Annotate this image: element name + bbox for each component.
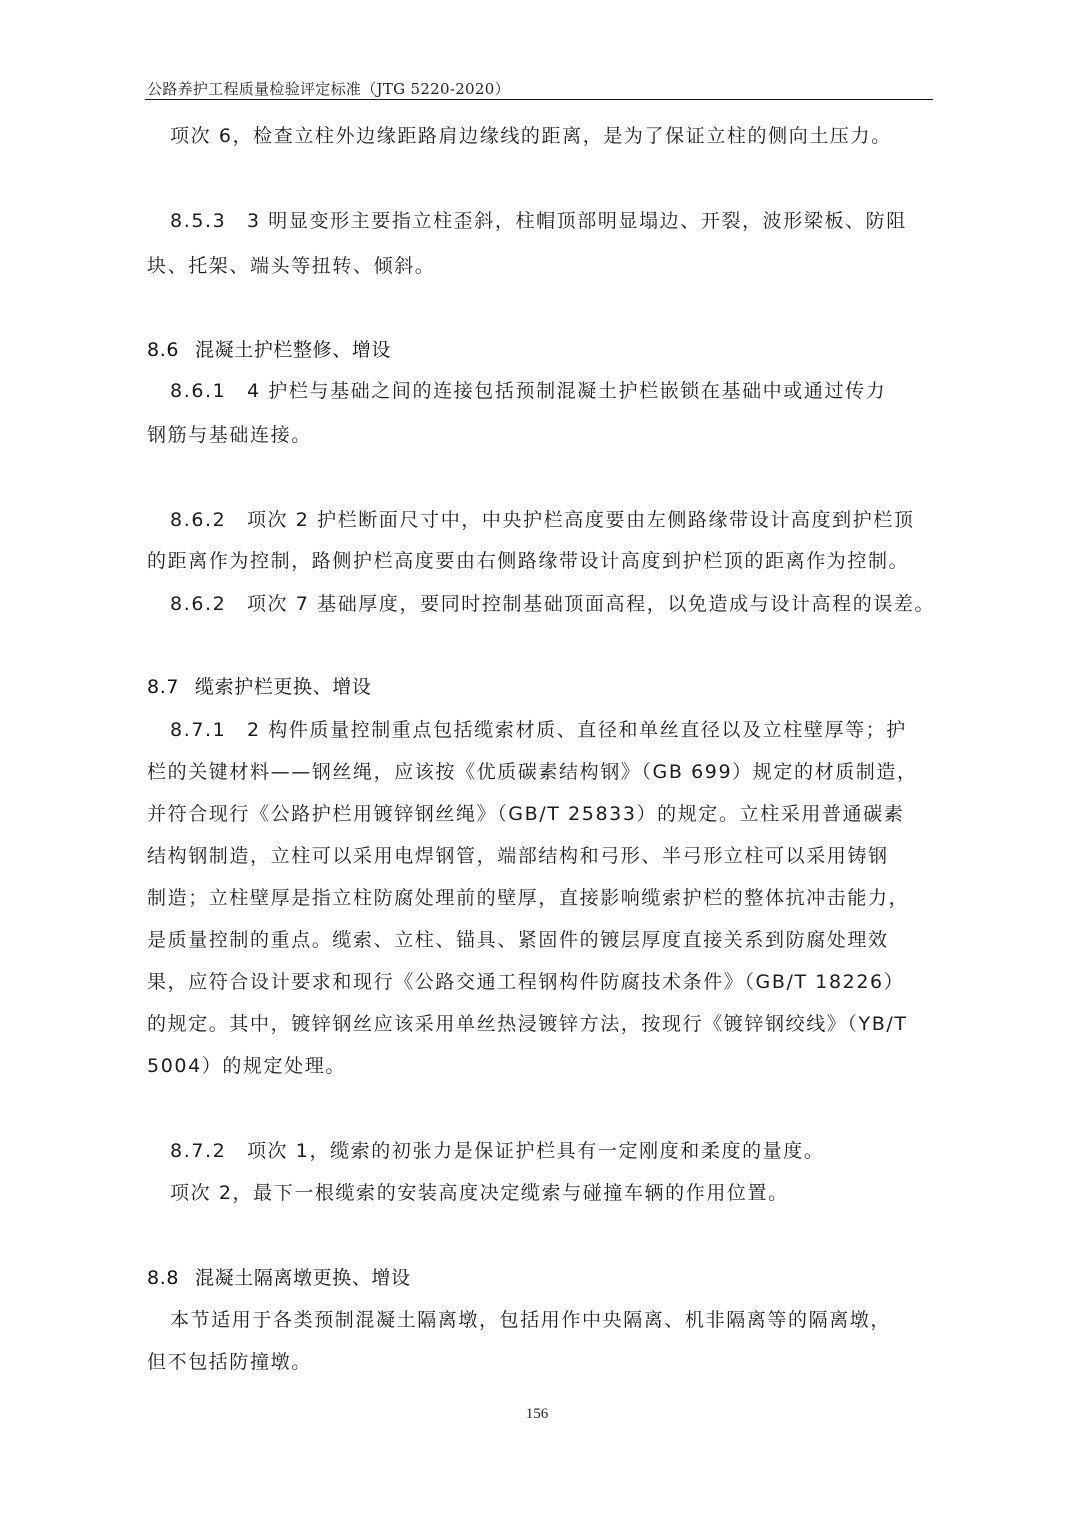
- section-number: 8.6: [147, 339, 179, 361]
- paragraph-line: 但不包括防撞墩。: [147, 1350, 312, 1374]
- paragraph-line: 项次 2，最下一根缆索的安装高度决定缆索与碰撞车辆的作用位置。: [170, 1181, 789, 1205]
- page-number: 156: [0, 1406, 1074, 1423]
- paragraph-line: 8.6.2 项次 7 基础厚度，要同时控制基础顶面高程，以免造成与设计高程的误差…: [170, 592, 935, 616]
- paragraph-line: 果，应符合设计要求和现行《公路交通工程钢构件防腐技术条件》（GB/T 18226…: [147, 970, 904, 994]
- paragraph-line: 栏的关键材料——钢丝绳，应该按《优质碳素结构钢》（GB 699）规定的材质制造，: [147, 760, 918, 784]
- section-title: 混凝土隔离墩更换、增设: [195, 1267, 411, 1289]
- section-heading-8-8: 8.8混凝土隔离墩更换、增设: [147, 1266, 411, 1290]
- paragraph-line: 制造；立柱壁厚是指立柱防腐处理前的壁厚，直接影响缆索护栏的整体抗冲击能力，: [147, 886, 909, 910]
- section-heading-8-7: 8.7缆索护栏更换、增设: [147, 675, 371, 699]
- paragraph-line: 的距离作为控制，路侧护栏高度要由右侧路缘带设计高度到护栏顶的距离作为控制。: [147, 549, 909, 573]
- paragraph-line: 的规定。其中，镀锌钢丝应该采用单丝热浸镀锌方法，按现行《镀锌钢绞线》（YB/T: [147, 1012, 908, 1036]
- header-rule: [145, 99, 933, 100]
- paragraph-line: 本节适用于各类预制混凝土隔离墩，包括用作中央隔离、机非隔离等的隔离墩，: [170, 1308, 891, 1332]
- paragraph-line: 块、托架、端头等扭转、倾斜。: [147, 254, 435, 278]
- paragraph-line: 是质量控制的重点。缆索、立柱、锚具、紧固件的镀层厚度直接关系到防腐处理效: [147, 928, 889, 952]
- paragraph-line: 8.7.2 项次 1，缆索的初张力是保证护栏具有一定刚度和柔度的量度。: [170, 1139, 824, 1163]
- section-title: 混凝土护栏整修、增设: [195, 339, 391, 361]
- section-number: 8.7: [147, 676, 179, 698]
- paragraph-line: 8.5.3 3 明显变形主要指立柱歪斜，柱帽顶部明显塌边、开裂，波形梁板、防阻: [170, 209, 907, 233]
- section-heading-8-6: 8.6混凝土护栏整修、增设: [147, 338, 391, 362]
- paragraph-line: 项次 6，检查立柱外边缘距路肩边缘线的距离，是为了保证立柱的侧向土压力。: [170, 124, 892, 148]
- paragraph-line: 8.6.2 项次 2 护栏断面尺寸中，中央护栏高度要由左侧路缘带设计高度到护栏顶: [170, 508, 915, 532]
- section-title: 缆索护栏更换、增设: [195, 676, 371, 698]
- paragraph-line: 并符合现行《公路护栏用镀锌钢丝绳》（GB/T 25833）的规定。立柱采用普通碳…: [147, 802, 904, 826]
- document-page: 公路养护工程质量检验评定标准（JTG 5220-2020） 项次 6，检查立柱外…: [0, 0, 1074, 1520]
- paragraph-line: 8.7.1 2 构件质量控制重点包括缆索材质、直径和单丝直径以及立柱壁厚等；护: [170, 718, 907, 742]
- paragraph-line: 钢筋与基础连接。: [147, 423, 312, 447]
- paragraph-line: 5004）的规定处理。: [147, 1054, 346, 1078]
- paragraph-line: 结构钢制造，立柱可以采用电焊钢管，端部结构和弓形、半弓形立柱可以采用铸钢: [147, 844, 889, 868]
- paragraph-line: 8.6.1 4 护栏与基础之间的连接包括预制混凝土护栏嵌锁在基础中或通过传力: [170, 379, 886, 403]
- section-number: 8.8: [147, 1267, 179, 1289]
- running-header: 公路养护工程质量检验评定标准（JTG 5220-2020）: [147, 78, 510, 99]
